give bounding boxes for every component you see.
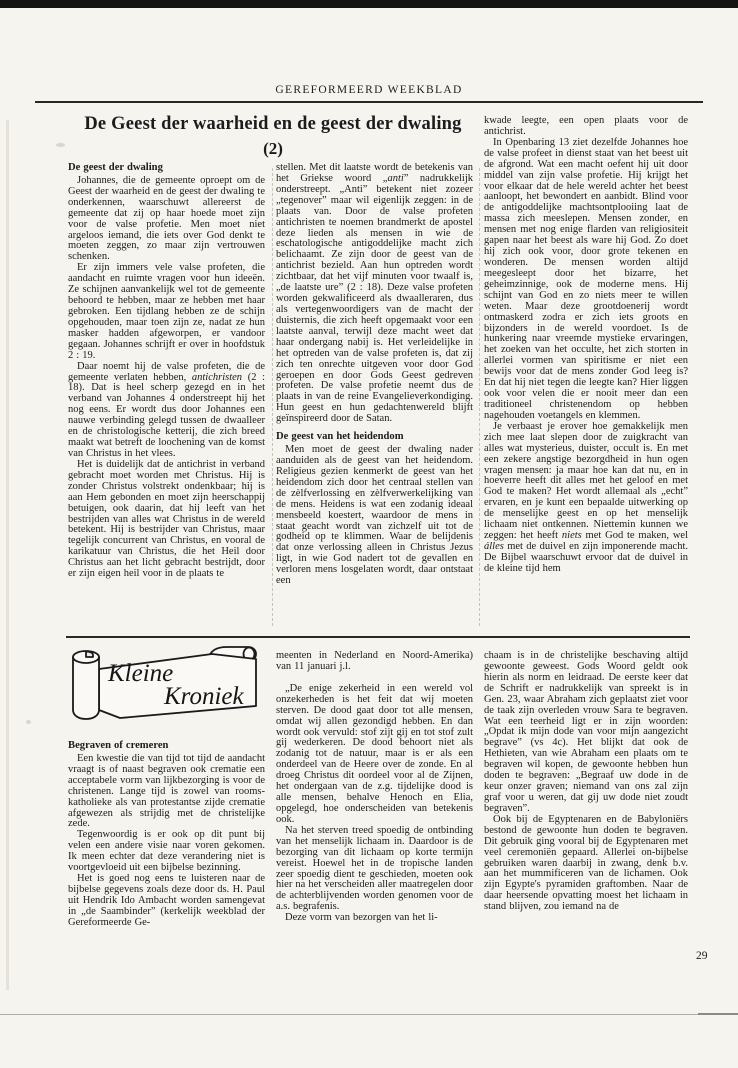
scan-left-edge-artifact (6, 120, 9, 990)
paragraph: Een kwestie die van tijd tot tijd de aan… (68, 754, 265, 830)
paragraph: kwade leegte, een open plaats voor de an… (484, 116, 688, 138)
article-column-2: stellen. Met dit laatste wordt de beteke… (276, 163, 473, 587)
scan-speck (26, 720, 31, 724)
kroniek-column-2: meenten in Nederland en Noord-Amerika) v… (276, 651, 473, 924)
article-part-number: (2) (64, 139, 482, 159)
kleine-kroniek-banner: Kleine Kroniek (64, 644, 276, 726)
paragraph: stellen. Met dit laatste wordt de beteke… (276, 163, 473, 425)
page-number: 29 (696, 950, 708, 962)
article-title: De Geest der waarheid en de geest der dw… (64, 114, 482, 135)
section-divider-rule (66, 636, 690, 638)
paragraph: Je verbaast je erover hoe gemakkelijk me… (484, 422, 688, 575)
paragraph: Tegenwoordig is er ook op dit punt bij v… (68, 830, 265, 874)
scan-bottom-edge (0, 1014, 738, 1015)
paragraph: Men moet de geest der dwaling nader aand… (276, 445, 473, 587)
kroniek-column-1: Begraven of cremeren Een kwestie die van… (68, 741, 265, 929)
paragraph: Daar noemt hij de valse profeten, die de… (68, 362, 265, 460)
paragraph: Ook bij de Egyptenaren en de Babyloniërs… (484, 815, 688, 913)
scanned-magazine-page: GEREFORMEERD WEEKBLAD De Geest der waarh… (0, 0, 738, 1068)
scan-bottom-edge-dark (698, 1013, 738, 1015)
paragraph: Johannes, die de gemeente oproept om de … (68, 176, 265, 263)
masthead: GEREFORMEERD WEEKBLAD (0, 84, 738, 96)
paragraph: Het is goed nog eens te luisteren naar d… (68, 874, 265, 929)
article-column-1: De geest der dwaling Johannes, die de ge… (68, 163, 265, 580)
column-divider (272, 168, 273, 626)
paragraph: chaam is in de christelijke beschaving a… (484, 651, 688, 815)
paragraph: In Openbaring 13 ziet dezelfde Johannes … (484, 138, 688, 422)
banner-text-line2: Kroniek (163, 683, 245, 710)
kroniek-column-3: chaam is in de christelijke beschaving a… (484, 651, 688, 913)
paragraph: „De enige zekerheid in een wereld vol on… (276, 684, 473, 826)
paragraph: meenten in Nederland en Noord-Amerika) v… (276, 651, 473, 673)
scan-top-edge (0, 0, 738, 8)
section-heading-heidendom: De geest van het heidendom (276, 432, 473, 443)
kroniek-heading: Begraven of cremeren (68, 741, 265, 752)
column-divider (479, 168, 480, 626)
banner-left-roll-notch (86, 652, 93, 658)
header-rule (35, 101, 703, 103)
paragraph: Er zijn immers vele valse profeten, die … (68, 263, 265, 361)
article-column-3: kwade leegte, een open plaats voor de an… (484, 116, 688, 575)
paragraph: Het is duidelijk dat de antichrist in ve… (68, 460, 265, 580)
article-title-block: De Geest der waarheid en de geest der dw… (64, 114, 482, 159)
section-heading-dwaling: De geest der dwaling (68, 163, 265, 174)
paragraph: Deze vorm van bezorgen van het li- (276, 913, 473, 924)
banner-left-roll (73, 657, 99, 719)
paragraph: Na het sterven treed spoedig de ontbindi… (276, 826, 473, 913)
